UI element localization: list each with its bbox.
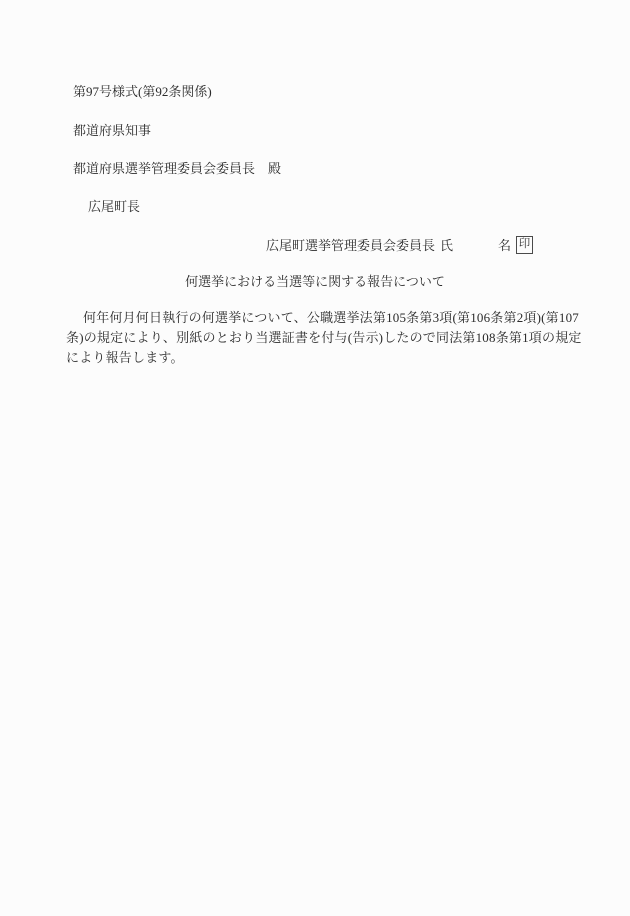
addressee-governor: 都道府県知事 — [73, 123, 151, 138]
addressee-pref-election-committee-chair: 都道府県選挙管理委員会委員長 殿 — [73, 161, 281, 176]
body-line-3: により報告します。 — [66, 349, 576, 369]
body-paragraph: 何年何月何日執行の何選挙について、公職選挙法第105条第3項(第106条第2項)… — [66, 309, 576, 369]
document-page: 第97号様式(第92条関係) 都道府県知事 都道府県選挙管理委員会委員長 殿 広… — [0, 0, 630, 916]
signature-line: 広尾町選挙管理委員会委員長 氏 名 印 — [266, 236, 533, 254]
sender-town-mayor: 広尾町長 — [88, 199, 140, 214]
signature-name-label-mei: 名 — [498, 238, 511, 253]
document-title: 何選挙における当選等に関する報告について — [0, 274, 630, 289]
seal-box: 印 — [516, 236, 533, 254]
form-number: 第97号様式(第92条関係) — [73, 84, 212, 99]
body-line-1: 何年何月何日執行の何選挙について、公職選挙法第105条第3項(第106条第2項)… — [66, 309, 576, 329]
seal-label: 印 — [519, 239, 531, 251]
signature-committee-title: 広尾町選挙管理委員会委員長 — [266, 238, 435, 253]
signature-name-label-shi: 氏 — [440, 238, 453, 253]
body-line-2: 条)の規定により、別紙のとおり当選証書を付与(告示)したので同法第108条第1項… — [66, 329, 576, 349]
